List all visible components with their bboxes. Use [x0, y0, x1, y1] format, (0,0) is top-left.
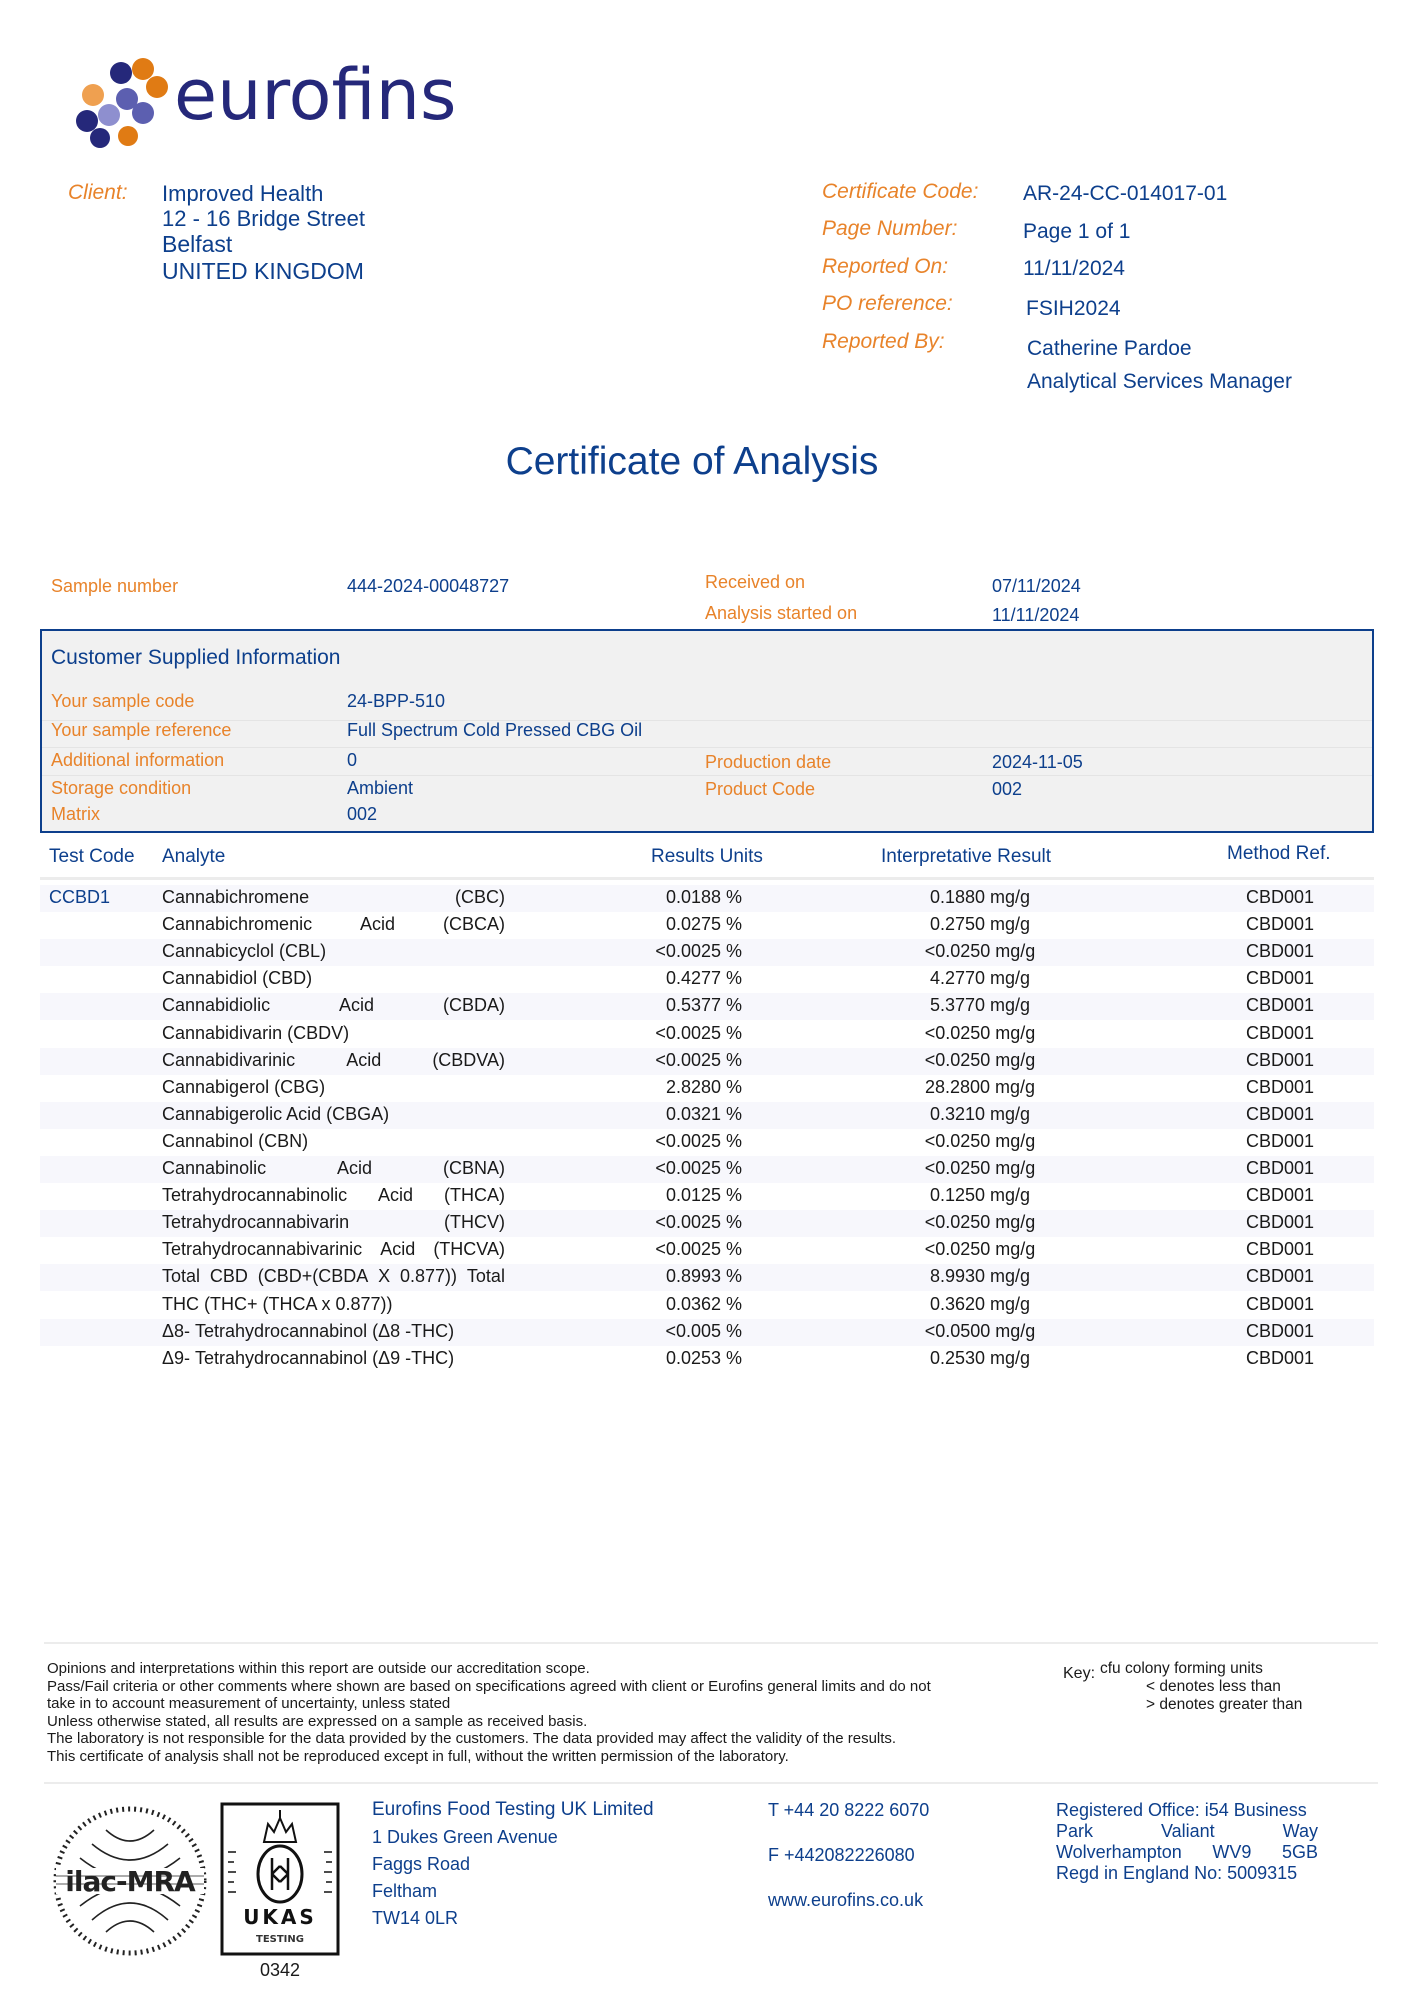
- method-ref: CBD001: [1180, 1294, 1380, 1315]
- result-value: <0.0025 %: [560, 941, 742, 962]
- analyte-name: CannabidiolicAcid(CBDA): [162, 995, 505, 1016]
- analyte-name: Cannabidiol (CBD): [162, 968, 505, 989]
- po-reference-label: PO reference:: [822, 292, 953, 316]
- lab-contact: T +44 20 8222 6070 F +442082226080 www.e…: [768, 1796, 929, 1931]
- result-value: 2.8280 %: [560, 1077, 742, 1098]
- interpretative-result: <0.0250 mg/g: [820, 1158, 1140, 1179]
- product-code-value: 002: [992, 779, 1022, 800]
- divider: [42, 747, 1372, 748]
- analyte-word: Cannabicyclol (CBL): [162, 941, 326, 961]
- analyte-name: TetrahydrocannabinolicAcid(THCA): [162, 1185, 505, 1206]
- divider: [44, 1642, 1378, 1644]
- storage-condition-label: Storage condition: [51, 778, 191, 799]
- analyte-word: (THCV): [444, 1212, 505, 1233]
- svg-text:UKAS: UKAS: [243, 1905, 317, 1929]
- analyte-name: Cannabidivarin (CBDV): [162, 1023, 505, 1044]
- lab-address: Eurofins Food Testing UK Limited 1 Dukes…: [372, 1796, 654, 1932]
- table-row: Tetrahydrocannabivarin(THCV)<0.0025 %<0.…: [40, 1210, 1374, 1237]
- analyte-word: Δ8- Tetrahydrocannabinol (Δ8 -THC): [162, 1321, 454, 1341]
- analyte-word: Cannabidiolic: [162, 995, 270, 1016]
- word: 5GB: [1282, 1842, 1318, 1863]
- interpretative-result: 0.2750 mg/g: [820, 914, 1140, 935]
- method-ref: CBD001: [1180, 941, 1380, 962]
- address-line: Feltham: [372, 1878, 654, 1905]
- analyte-word: THC (THC+ (THCA x 0.877)): [162, 1294, 393, 1314]
- method-ref: CBD001: [1180, 968, 1380, 989]
- method-ref: CBD001: [1180, 995, 1380, 1016]
- address-line: 1 Dukes Green Avenue: [372, 1824, 654, 1851]
- received-on-value: 07/11/2024: [992, 576, 1081, 597]
- analyte-name: CannabichromenicAcid(CBCA): [162, 914, 505, 935]
- analyte-word: Total: [162, 1266, 200, 1287]
- interpretative-result: <0.0250 mg/g: [820, 941, 1140, 962]
- website-link[interactable]: www.eurofins.co.uk: [768, 1886, 929, 1931]
- col-header-method: Method Ref.: [1227, 843, 1331, 865]
- analyte-word: (CBNA): [443, 1158, 505, 1179]
- table-row: CannabidivarinicAcid(CBDVA)<0.0025 %<0.0…: [40, 1048, 1374, 1075]
- word: Wolverhampton: [1056, 1842, 1182, 1863]
- table-row: THC (THC+ (THCA x 0.877))0.0362 %0.3620 …: [40, 1292, 1374, 1319]
- interpretative-result: 5.3770 mg/g: [820, 995, 1140, 1016]
- analyte-word: CBD: [210, 1266, 248, 1287]
- word: Way: [1283, 1821, 1318, 1842]
- analyte-name: Cannabicyclol (CBL): [162, 941, 505, 962]
- table-row: Cannabidiol (CBD)0.4277 %4.2770 mg/gCBD0…: [40, 966, 1374, 993]
- method-ref: CBD001: [1180, 1023, 1380, 1044]
- page-title: Certificate of Analysis: [0, 440, 1384, 484]
- registered-office: Registered Office: i54 Business Park Val…: [1056, 1800, 1318, 1884]
- analyte-name: Δ8- Tetrahydrocannabinol (Δ8 -THC): [162, 1321, 505, 1342]
- analyte-name: THC (THC+ (THCA x 0.877)): [162, 1294, 505, 1315]
- divider: [42, 720, 1372, 721]
- client-name: Improved Health: [162, 181, 365, 206]
- key-legend: cfu colony forming units < denotes less …: [1100, 1660, 1302, 1714]
- interpretative-result: 8.9930 mg/g: [820, 1266, 1140, 1287]
- interpretative-result: <0.0250 mg/g: [820, 1023, 1140, 1044]
- interpretative-result: <0.0250 mg/g: [820, 1212, 1140, 1233]
- analyte-word: Cannabinol (CBN): [162, 1131, 308, 1151]
- table-row: Δ9- Tetrahydrocannabinol (Δ9 -THC)0.0253…: [40, 1346, 1374, 1373]
- key-label: Key:: [1063, 1665, 1095, 1683]
- client-street: 12 - 16 Bridge Street: [162, 206, 365, 231]
- word: Valiant: [1161, 1821, 1215, 1842]
- analyte-name: Tetrahydrocannabivarin(THCV): [162, 1212, 505, 1233]
- disclaimer-line: take in to account measurement of uncert…: [47, 1695, 931, 1713]
- disclaimer-line: Unless otherwise stated, all results are…: [47, 1713, 931, 1731]
- key-line: < denotes less than: [1100, 1678, 1302, 1696]
- result-value: 0.0362 %: [560, 1294, 742, 1315]
- analyte-word: Δ9- Tetrahydrocannabinol (Δ9 -THC): [162, 1348, 454, 1368]
- result-value: <0.005 %: [560, 1321, 742, 1342]
- analyte-word: Tetrahydrocannabinolic: [162, 1185, 347, 1206]
- analyte-word: Acid: [378, 1185, 413, 1206]
- sample-number-value: 444-2024-00048727: [347, 576, 509, 597]
- result-value: <0.0025 %: [560, 1158, 742, 1179]
- analyte-name: Cannabichromene(CBC): [162, 887, 505, 908]
- address-postcode: TW14 0LR: [372, 1905, 654, 1932]
- result-value: 0.0253 %: [560, 1348, 742, 1369]
- interpretative-result: 0.1880 mg/g: [820, 887, 1140, 908]
- client-address: Improved Health 12 - 16 Bridge Street Be…: [162, 181, 365, 285]
- matrix-value: 002: [347, 804, 377, 825]
- table-row: TetrahydrocannabivarinicAcid(THCVA)<0.00…: [40, 1237, 1374, 1264]
- analyte-name: CannabinolicAcid(CBNA): [162, 1158, 505, 1179]
- registered-line: Wolverhampton WV9 5GB: [1056, 1842, 1318, 1863]
- table-row: CCBD1Cannabichromene(CBC)0.0188 %0.1880 …: [40, 885, 1374, 912]
- method-ref: CBD001: [1180, 1212, 1380, 1233]
- analyte-word: X: [378, 1266, 390, 1287]
- result-value: <0.0025 %: [560, 1131, 742, 1152]
- result-value: 0.5377 %: [560, 995, 742, 1016]
- header-divider: [40, 877, 1374, 880]
- registered-line: Park Valiant Way: [1056, 1821, 1318, 1842]
- method-ref: CBD001: [1180, 887, 1380, 908]
- analyte-word: (THCA): [444, 1185, 505, 1206]
- analyte-word: Cannabidivarinic: [162, 1050, 295, 1071]
- analyte-name: TotalCBD(CBD+(CBDAX0.877))Total: [162, 1266, 505, 1287]
- analyte-word: Cannabichromene: [162, 887, 309, 908]
- table-row: Δ8- Tetrahydrocannabinol (Δ8 -THC)<0.005…: [40, 1319, 1374, 1346]
- interpretative-result: 4.2770 mg/g: [820, 968, 1140, 989]
- table-row: TetrahydrocannabinolicAcid(THCA)0.0125 %…: [40, 1183, 1374, 1210]
- phone-number: T +44 20 8222 6070: [768, 1796, 929, 1841]
- reported-by-label: Reported By:: [822, 330, 945, 354]
- logo-dot: [82, 84, 104, 106]
- analyte-word: (CBDA): [443, 995, 505, 1016]
- analyte-name: TetrahydrocannabivarinicAcid(THCVA): [162, 1239, 505, 1260]
- analyte-word: Cannabidiol (CBD): [162, 968, 312, 988]
- method-ref: CBD001: [1180, 1239, 1380, 1260]
- method-ref: CBD001: [1180, 1266, 1380, 1287]
- reported-by-role: Analytical Services Manager: [1027, 370, 1292, 394]
- client-city: Belfast: [162, 231, 365, 258]
- col-header-interpretative: Interpretative Result: [881, 846, 1051, 868]
- analyte-word: Cannabichromenic: [162, 914, 312, 935]
- disclaimer-line: This certificate of analysis shall not b…: [47, 1748, 931, 1766]
- method-ref: CBD001: [1180, 1185, 1380, 1206]
- analyte-name: Cannabigerolic Acid (CBGA): [162, 1104, 505, 1125]
- ukas-number: 0342: [245, 1960, 315, 1981]
- analysis-started-value: 11/11/2024: [992, 605, 1079, 626]
- analyte-word: Tetrahydrocannabivarin: [162, 1212, 349, 1233]
- table-row: Cannabigerol (CBG)2.8280 %28.2800 mg/gCB…: [40, 1075, 1374, 1102]
- sample-number-label: Sample number: [51, 576, 178, 597]
- disclaimer-line: Pass/Fail criteria or other comments whe…: [47, 1678, 931, 1696]
- additional-info-value: 0: [347, 750, 357, 771]
- analyte-name: Cannabinol (CBN): [162, 1131, 505, 1152]
- interpretative-result: 0.3620 mg/g: [820, 1294, 1140, 1315]
- analyte-word: Acid: [360, 914, 395, 935]
- page-number-label: Page Number:: [822, 217, 957, 241]
- analyte-word: Acid: [380, 1239, 415, 1260]
- key-line: > denotes greater than: [1100, 1696, 1302, 1714]
- test-code: CCBD1: [49, 887, 110, 908]
- production-date-label: Production date: [705, 752, 831, 773]
- result-value: <0.0025 %: [560, 1050, 742, 1071]
- analyte-word: (CBCA): [443, 914, 505, 935]
- table-row: Cannabinol (CBN)<0.0025 %<0.0250 mg/gCBD…: [40, 1129, 1374, 1156]
- interpretative-result: 28.2800 mg/g: [820, 1077, 1140, 1098]
- analyte-name: CannabidivarinicAcid(CBDVA): [162, 1050, 505, 1071]
- production-date-value: 2024-11-05: [992, 752, 1083, 773]
- po-reference-value: FSIH2024: [1026, 297, 1121, 321]
- interpretative-result: 0.1250 mg/g: [820, 1185, 1140, 1206]
- svg-text:ilac-MRA: ilac-MRA: [65, 1865, 196, 1898]
- logo-dot: [98, 104, 120, 126]
- additional-info-label: Additional information: [51, 750, 224, 771]
- analyte-name: Cannabigerol (CBG): [162, 1077, 505, 1098]
- table-row: CannabichromenicAcid(CBCA)0.0275 %0.2750…: [40, 912, 1374, 939]
- interpretative-result: 0.3210 mg/g: [820, 1104, 1140, 1125]
- analyte-word: (THCVA): [433, 1239, 505, 1260]
- disclaimer-line: The laboratory is not responsible for th…: [47, 1730, 931, 1748]
- svg-text:TESTING: TESTING: [256, 1934, 304, 1945]
- storage-condition-value: Ambient: [347, 778, 413, 799]
- sample-reference-value: Full Spectrum Cold Pressed CBG Oil: [347, 720, 642, 741]
- analyte-word: Acid: [346, 1050, 381, 1071]
- result-value: 0.0275 %: [560, 914, 742, 935]
- received-on-label: Received on: [705, 572, 805, 593]
- logo-dot: [90, 128, 110, 148]
- analyte-word: Cannabigerol (CBG): [162, 1077, 325, 1097]
- product-code-label: Product Code: [705, 779, 815, 800]
- client-label: Client:: [68, 181, 128, 205]
- method-ref: CBD001: [1180, 914, 1380, 935]
- divider: [42, 775, 1372, 776]
- analyte-word: (CBD+(CBDA: [258, 1266, 369, 1287]
- disclaimer-line: Opinions and interpretations within this…: [47, 1660, 931, 1678]
- interpretative-result: 0.2530 mg/g: [820, 1348, 1140, 1369]
- method-ref: CBD001: [1180, 1131, 1380, 1152]
- table-row: CannabidiolicAcid(CBDA)0.5377 %5.3770 mg…: [40, 993, 1374, 1020]
- table-row: Cannabigerolic Acid (CBGA)0.0321 %0.3210…: [40, 1102, 1374, 1129]
- method-ref: CBD001: [1180, 1158, 1380, 1179]
- analyte-word: Cannabidivarin (CBDV): [162, 1023, 349, 1043]
- analyte-word: Total: [467, 1266, 505, 1287]
- sample-code-value: 24-BPP-510: [347, 691, 445, 712]
- method-ref: CBD001: [1180, 1104, 1380, 1125]
- method-ref: CBD001: [1180, 1321, 1380, 1342]
- analyte-word: Cannabigerolic Acid (CBGA): [162, 1104, 389, 1124]
- table-row: Cannabidivarin (CBDV)<0.0025 %<0.0250 mg…: [40, 1021, 1374, 1048]
- result-value: 0.4277 %: [560, 968, 742, 989]
- logo-dot: [132, 102, 154, 124]
- analyte-word: Tetrahydrocannabivarinic: [162, 1239, 362, 1260]
- fax-number: F +442082226080: [768, 1841, 929, 1886]
- word: WV9: [1212, 1842, 1251, 1863]
- analyte-word: Acid: [337, 1158, 372, 1179]
- interpretative-result: <0.0250 mg/g: [820, 1050, 1140, 1071]
- interpretative-result: <0.0250 mg/g: [820, 1239, 1140, 1260]
- sample-code-label: Your sample code: [51, 691, 194, 712]
- table-row: Cannabicyclol (CBL)<0.0025 %<0.0250 mg/g…: [40, 939, 1374, 966]
- ukas-testing-logo: UKAS TESTING: [220, 1802, 340, 1956]
- method-ref: CBD001: [1180, 1050, 1380, 1071]
- method-ref: CBD001: [1180, 1348, 1380, 1369]
- interpretative-result: <0.0250 mg/g: [820, 1131, 1140, 1152]
- page-number-value: Page 1 of 1: [1023, 220, 1130, 244]
- analyte-word: Acid: [339, 995, 374, 1016]
- analyte-word: (CBC): [455, 887, 505, 908]
- col-header-analyte: Analyte: [162, 846, 225, 868]
- analyte-name: Δ9- Tetrahydrocannabinol (Δ9 -THC): [162, 1348, 505, 1369]
- result-value: 0.0321 %: [560, 1104, 742, 1125]
- analyte-word: 0.877)): [400, 1266, 457, 1287]
- client-country: UNITED KINGDOM: [162, 258, 365, 285]
- method-ref: CBD001: [1180, 1077, 1380, 1098]
- logo-dot: [110, 62, 132, 84]
- result-value: 0.8993 %: [560, 1266, 742, 1287]
- table-row: CannabinolicAcid(CBNA)<0.0025 %<0.0250 m…: [40, 1156, 1374, 1183]
- address-line: Faggs Road: [372, 1851, 654, 1878]
- analysis-started-label: Analysis started on: [705, 603, 857, 624]
- logo-wordmark: eurofins: [174, 50, 456, 140]
- matrix-label: Matrix: [51, 804, 100, 825]
- disclaimer-text: Opinions and interpretations within this…: [47, 1660, 931, 1765]
- result-value: 0.0125 %: [560, 1185, 742, 1206]
- key-line: cfu colony forming units: [1100, 1660, 1302, 1678]
- result-value: <0.0025 %: [560, 1212, 742, 1233]
- divider: [44, 1782, 1378, 1784]
- logo-dot: [146, 76, 168, 98]
- reported-on-value: 11/11/2024: [1023, 257, 1125, 281]
- customer-info-title: Customer Supplied Information: [51, 646, 340, 670]
- ilac-mra-logo: ilac-MRA: [52, 1806, 208, 1956]
- sample-reference-label: Your sample reference: [51, 720, 231, 741]
- col-header-results: Results Units: [651, 846, 763, 868]
- result-value: <0.0025 %: [560, 1239, 742, 1260]
- reported-on-label: Reported On:: [822, 255, 948, 279]
- col-header-test-code: Test Code: [49, 846, 135, 868]
- table-row: TotalCBD(CBD+(CBDAX0.877))Total0.8993 %8…: [40, 1264, 1374, 1291]
- result-value: 0.0188 %: [560, 887, 742, 908]
- interpretative-result: <0.0500 mg/g: [820, 1321, 1140, 1342]
- certificate-code-label: Certificate Code:: [822, 180, 978, 204]
- reported-by-name: Catherine Pardoe: [1027, 337, 1192, 361]
- registration-number: Regd in England No: 5009315: [1056, 1863, 1318, 1884]
- eurofins-logo: eurofins: [76, 58, 456, 138]
- logo-dot: [118, 126, 138, 146]
- analyte-word: Cannabinolic: [162, 1158, 266, 1179]
- word: Park: [1056, 1821, 1093, 1842]
- registered-line: Registered Office: i54 Business: [1056, 1800, 1318, 1821]
- lab-name: Eurofins Food Testing UK Limited: [372, 1796, 654, 1824]
- analyte-word: (CBDVA): [432, 1050, 505, 1071]
- certificate-code-value: AR-24-CC-014017-01: [1023, 182, 1227, 206]
- result-value: <0.0025 %: [560, 1023, 742, 1044]
